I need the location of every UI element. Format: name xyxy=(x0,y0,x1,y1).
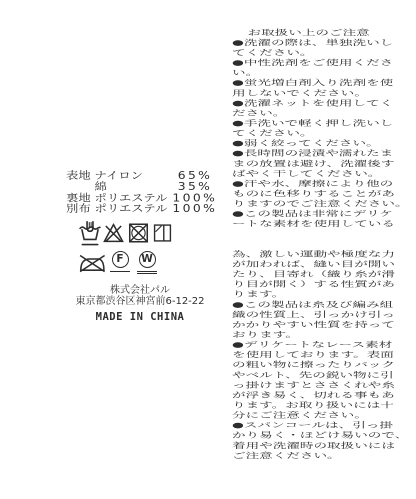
notice-line: ります。お取り扱いには十 xyxy=(232,401,412,411)
wet-clean-w-icon: W xyxy=(137,251,157,274)
notice-line: やベルト、先の鋭い物に引 xyxy=(232,370,412,380)
notice-line: 用しないでください。 xyxy=(232,88,412,98)
dry-clean-f-icon: F xyxy=(110,251,130,272)
notice-title: お取扱い上のご注意 xyxy=(232,28,412,38)
notice-line: ●洗濯ネットを使用してく xyxy=(232,98,412,108)
composition-material: ナイロン xyxy=(95,171,173,182)
composition-row: 表地 ナイロン 65% xyxy=(66,171,212,182)
wet-clean-letter: W xyxy=(139,251,156,268)
composition-percent: 100% xyxy=(172,204,212,215)
notice-line: り目が開く）する性質があ xyxy=(232,280,412,290)
notice-line: ●洗濯の際は、単独洗いし xyxy=(232,38,412,48)
do-not-iron-icon xyxy=(78,251,106,274)
notice-line: おります。 xyxy=(232,330,412,340)
notice-line: の粗い物に擦ったりバック xyxy=(232,360,412,370)
notice-line: ●汗や水、摩擦により他の xyxy=(232,179,412,189)
notice-line: ートな素材を使用している xyxy=(232,219,412,229)
notice-line: ●スパンコールは、引っ掛 xyxy=(232,421,412,431)
notice-line: かり易く・ほどけ易いので、 xyxy=(232,431,412,441)
notice-line: ●デリケートなレース素材 xyxy=(232,340,412,350)
notice-line: が浮き易く、切れる事もあ xyxy=(232,391,412,401)
garment-care-label: 表地 ナイロン 65% 綿 35% 裏地 ポリエステル 100% 別布 ポリエス… xyxy=(0,0,416,499)
notice-block-2: 為、激しい運動や極度な力が加われば、縫い目が開いたり、目寄れ（織り糸が滑り目が開… xyxy=(232,250,412,461)
notice-line: ●中性洗剤をご使用くださ xyxy=(232,58,412,68)
notice-line: てください。 xyxy=(232,48,412,58)
composition-material: 綿 xyxy=(95,182,173,193)
notice-line: を使用しております。表面 xyxy=(232,350,412,360)
composition-part: 表地 xyxy=(66,171,95,182)
notice-line: い。 xyxy=(232,68,412,78)
notice-line: りますのでご注意ください。 xyxy=(232,199,412,209)
notice-line: たり、目寄れ（織り糸が滑 xyxy=(232,270,412,280)
notice-line: かかりやすい性質を持って xyxy=(232,320,412,330)
notice-line: ばやく干してください。 xyxy=(232,169,412,179)
notice-line: ●弱く絞ってください。 xyxy=(232,139,412,149)
notice-line: ご注意ください。 xyxy=(232,451,412,461)
country-of-origin: MADE IN CHINA xyxy=(50,312,230,323)
notice-line: ●手洗いで軽く押し洗いし xyxy=(232,119,412,129)
notice-line: てください。 xyxy=(232,129,412,139)
composition-part: 別布 xyxy=(66,204,95,215)
notice-line: っ掛けますとささくれや糸 xyxy=(232,380,412,390)
very-gentle-process-bar xyxy=(137,273,157,274)
gentle-process-bar xyxy=(110,271,130,272)
dry-clean-letter: F xyxy=(112,251,129,268)
composition-part xyxy=(66,182,95,193)
line-dry-in-shade-icon xyxy=(153,222,172,244)
notice-line: まの放置は避け、洗濯後す xyxy=(232,159,412,169)
notice-line: ●この製品は非常にデリケ xyxy=(232,209,412,219)
hand-wash-icon xyxy=(79,221,101,249)
notice-line: 織の性質上、引っかけ引っ xyxy=(232,310,412,320)
notice-line: ださい。 xyxy=(232,109,412,119)
notice-line: ります。 xyxy=(232,290,412,300)
notice-line: 分にご注意ください。 xyxy=(232,411,412,421)
do-not-tumble-dry-icon xyxy=(128,222,149,244)
very-gentle-process-bar xyxy=(137,271,157,272)
company-name: 株式会社パル xyxy=(50,285,230,296)
company-block: 株式会社パル 東京都渋谷区神宮前6-12-22 MADE IN CHINA xyxy=(50,285,230,323)
care-instructions: お取扱い上のご注意 ●洗濯の際は、単独洗いしてください。●中性洗剤をご使用くださ… xyxy=(232,28,412,461)
composition-row: 綿 35% xyxy=(66,182,212,193)
notice-line: 着用や洗濯時の取扱いには xyxy=(232,441,412,451)
notice-line: ●この製品は糸及び編み組 xyxy=(232,300,412,310)
notice-line: 為、激しい運動や極度な力 xyxy=(232,250,412,260)
notice-line: ●長時間の浸漬や濡れたま xyxy=(232,149,412,159)
composition-percent: 35% xyxy=(172,182,212,193)
composition-material: ポリエステル xyxy=(95,204,173,215)
notice-line: ●蛍光増白剤入り洗剤を使 xyxy=(232,78,412,88)
fabric-composition-table: 表地 ナイロン 65% 綿 35% 裏地 ポリエステル 100% 別布 ポリエス… xyxy=(66,171,212,215)
notice-line: が加われば、縫い目が開い xyxy=(232,260,412,270)
composition-percent: 65% xyxy=(172,171,212,182)
company-address: 東京都渋谷区神宮前6-12-22 xyxy=(50,296,230,307)
notice-line: ものに色移りすることがあ xyxy=(232,189,412,199)
do-not-bleach-icon xyxy=(103,222,124,244)
notice-block-1: ●洗濯の際は、単独洗いしてください。●中性洗剤をご使用ください。●蛍光増白剤入り… xyxy=(232,38,412,229)
composition-row: 別布 ポリエステル 100% xyxy=(66,204,212,215)
